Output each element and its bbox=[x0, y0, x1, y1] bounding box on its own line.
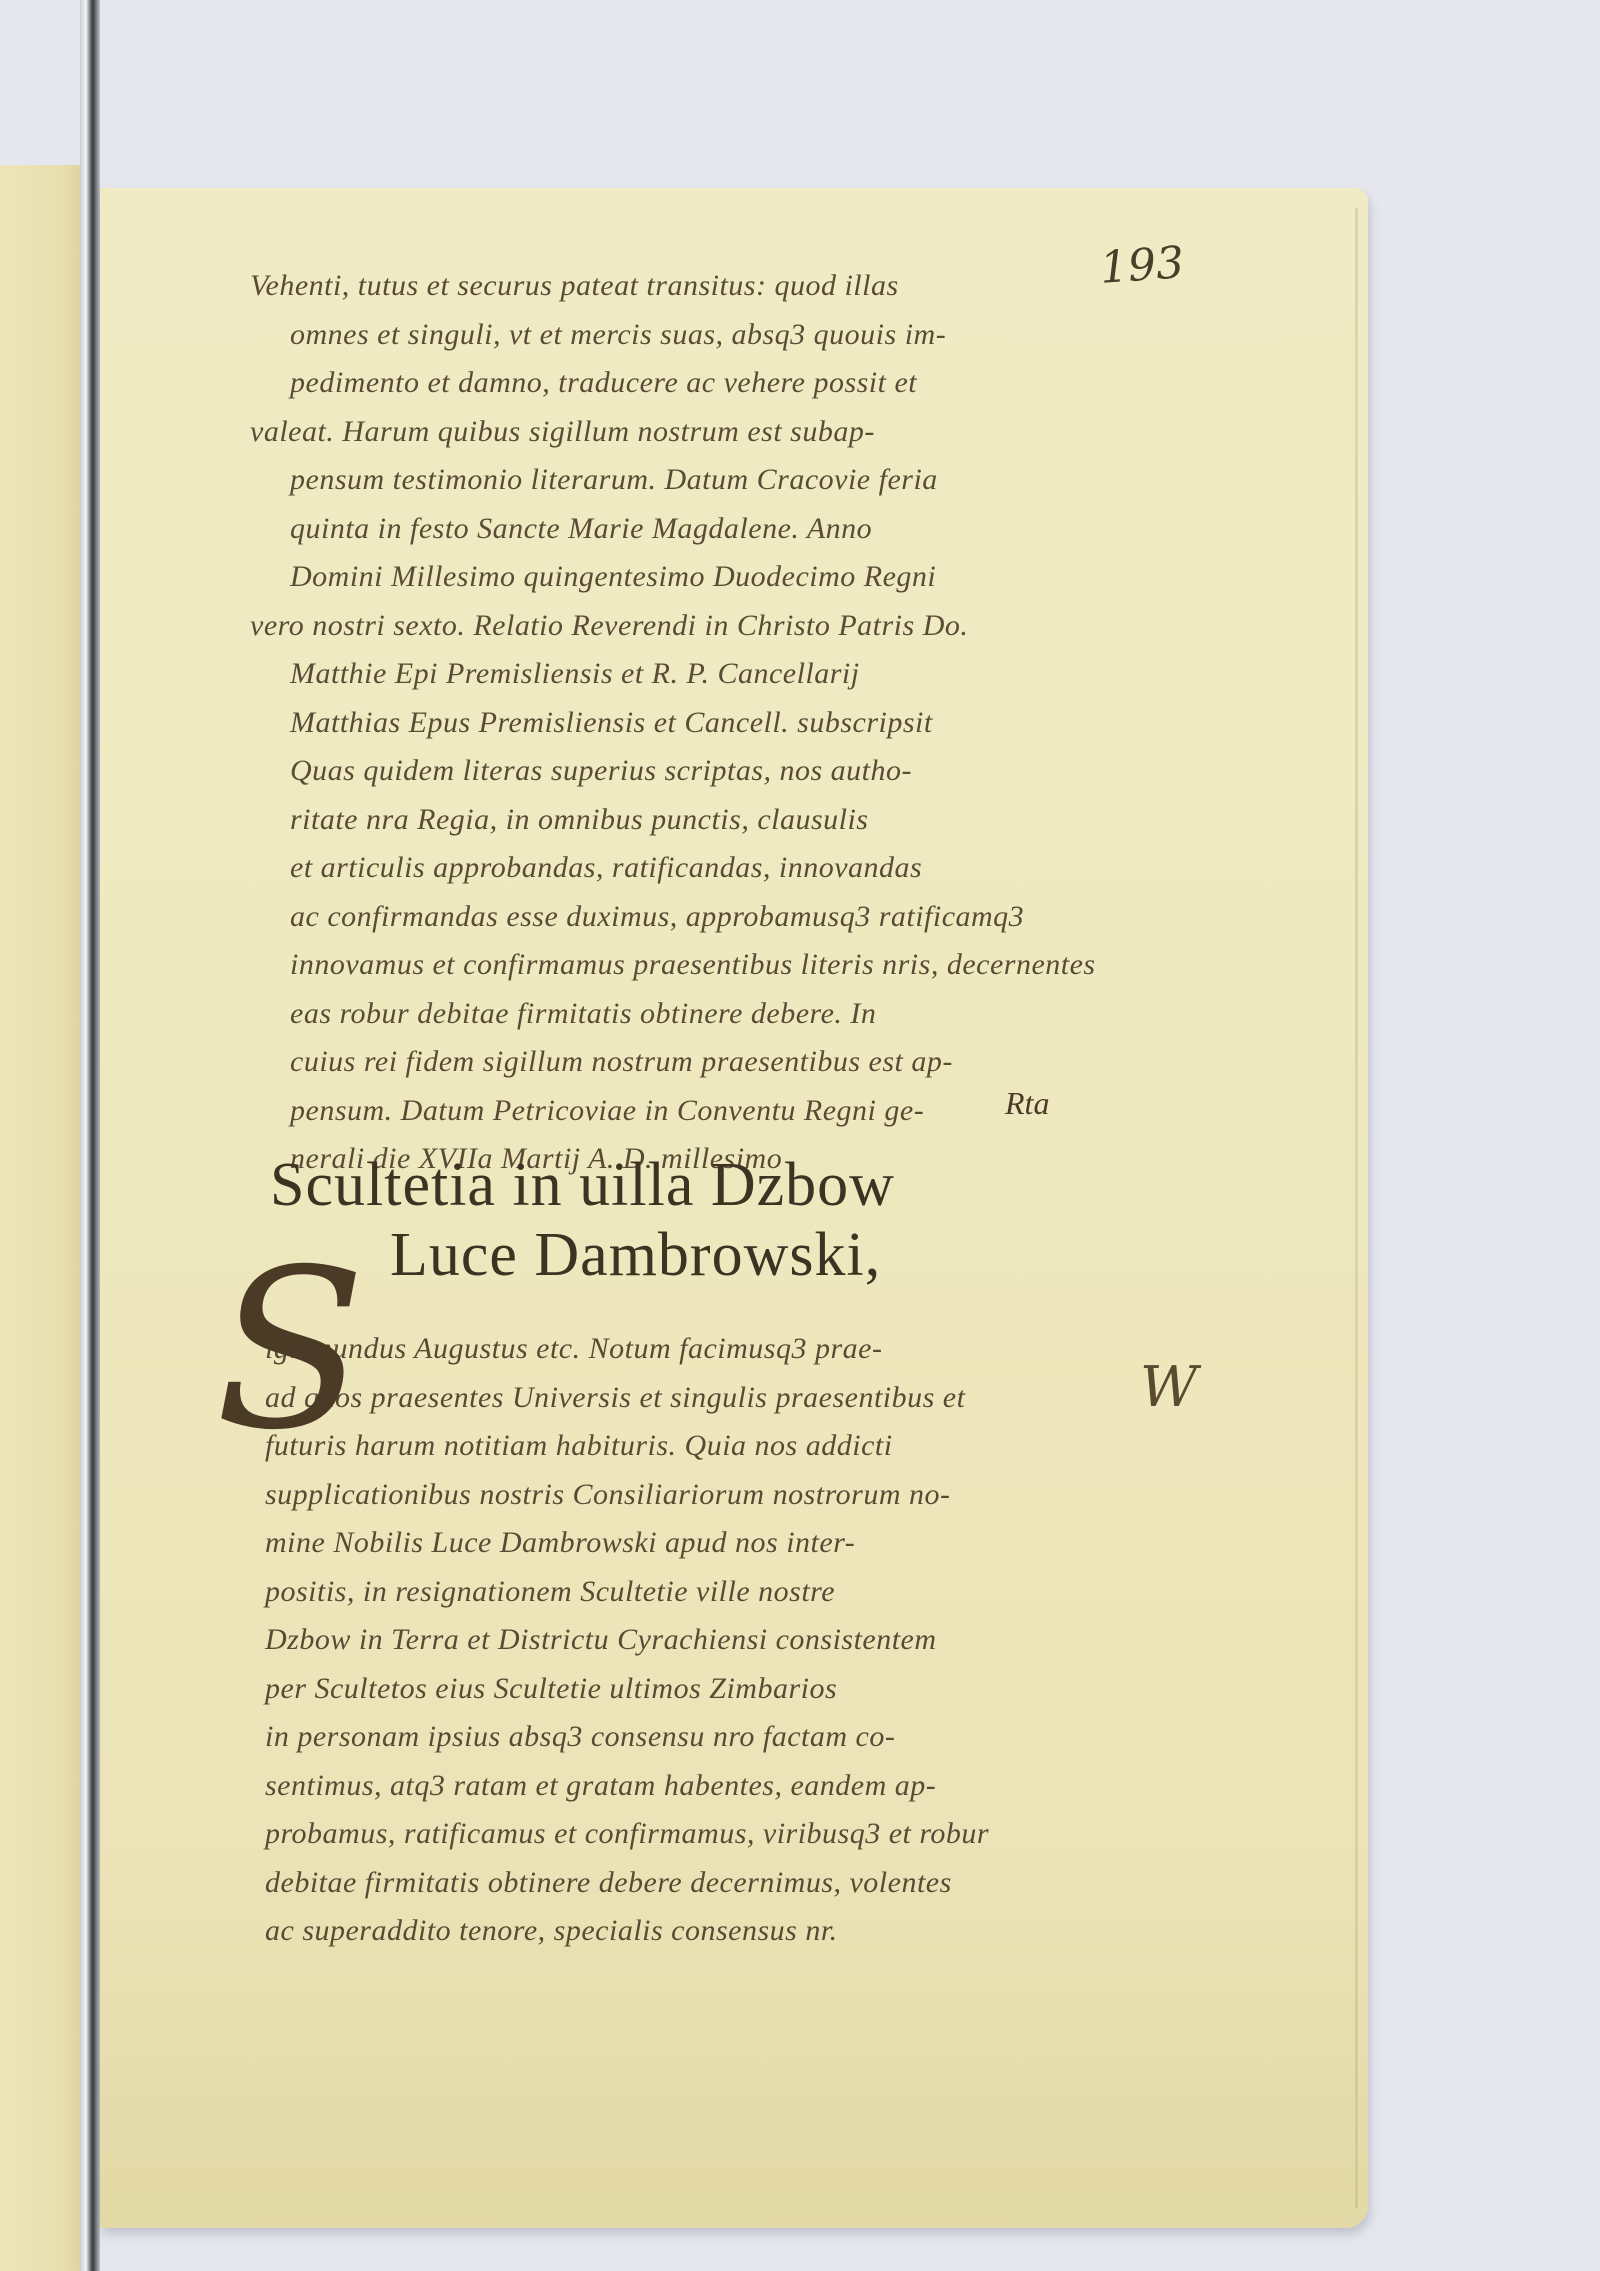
text-line: supplicationibus nostris Consiliariorum … bbox=[265, 1471, 1205, 1520]
text-line: Matthie Epi Premisliensis et R. P. Cance… bbox=[250, 650, 1190, 699]
text-line: Matthias Epus Premisliensis et Cancell. … bbox=[250, 699, 1190, 748]
text-line: cuius rei fidem sigillum nostrum praesen… bbox=[250, 1038, 1190, 1087]
text-section-2: igismundus Augustus etc. Notum facimusq3… bbox=[265, 1325, 1205, 1956]
text-line: mine Nobilis Luce Dambrowski apud nos in… bbox=[265, 1519, 1205, 1568]
text-line: in personam ipsius absq3 consensu nro fa… bbox=[265, 1713, 1205, 1762]
heading-line-1: Scultetia in uilla Dzbow bbox=[270, 1150, 895, 1220]
text-line: et articulis approbandas, ratificandas, … bbox=[250, 844, 1190, 893]
text-line: pensum testimonio literarum. Datum Craco… bbox=[250, 456, 1190, 505]
text-line: ac confirmandas esse duximus, approbamus… bbox=[250, 893, 1190, 942]
text-line: innovamus et confirmamus praesentibus li… bbox=[250, 941, 1190, 990]
text-line: ritate nra Regia, in omnibus punctis, cl… bbox=[250, 796, 1190, 845]
text-line: Quas quidem literas superius scriptas, n… bbox=[250, 747, 1190, 796]
text-line: pedimento et damno, traducere ac vehere … bbox=[250, 359, 1190, 408]
book-spine bbox=[80, 0, 100, 2271]
text-line: ac superaddito tenore, specialis consens… bbox=[265, 1907, 1205, 1956]
text-line: Vehenti, tutus et securus pateat transit… bbox=[250, 262, 1190, 311]
text-line: positis, in resignationem Scultetie vill… bbox=[265, 1568, 1205, 1617]
text-section-1: Vehenti, tutus et securus pateat transit… bbox=[250, 262, 1190, 1184]
text-line: vero nostri sexto. Relatio Reverendi in … bbox=[250, 602, 1190, 651]
text-line: probamus, ratificamus et confirmamus, vi… bbox=[265, 1810, 1205, 1859]
text-line: eas robur debitae firmitatis obtinere de… bbox=[250, 990, 1190, 1039]
text-line: valeat. Harum quibus sigillum nostrum es… bbox=[250, 408, 1190, 457]
text-line: sentimus, atq3 ratam et gratam habentes,… bbox=[265, 1762, 1205, 1811]
text-line: per Scultetos eius Scultetie ultimos Zim… bbox=[265, 1665, 1205, 1714]
paraph-mark: Rta bbox=[1005, 1085, 1049, 1122]
text-line: ad quos praesentes Universis et singulis… bbox=[265, 1374, 1205, 1423]
left-page-edge bbox=[0, 165, 88, 2271]
text-line: Dzbow in Terra et Districtu Cyrachiensi … bbox=[265, 1616, 1205, 1665]
text-line: Domini Millesimo quingentesimo Duodecimo… bbox=[250, 553, 1190, 602]
text-line: quinta in festo Sancte Marie Magdalene. … bbox=[250, 505, 1190, 554]
text-line: futuris harum notitiam habituris. Quia n… bbox=[265, 1422, 1205, 1471]
text-line: omnes et singuli, vt et mercis suas, abs… bbox=[250, 311, 1190, 360]
text-line: debitae firmitatis obtinere debere decer… bbox=[265, 1859, 1205, 1908]
text-line: igismundus Augustus etc. Notum facimusq3… bbox=[265, 1325, 1205, 1374]
